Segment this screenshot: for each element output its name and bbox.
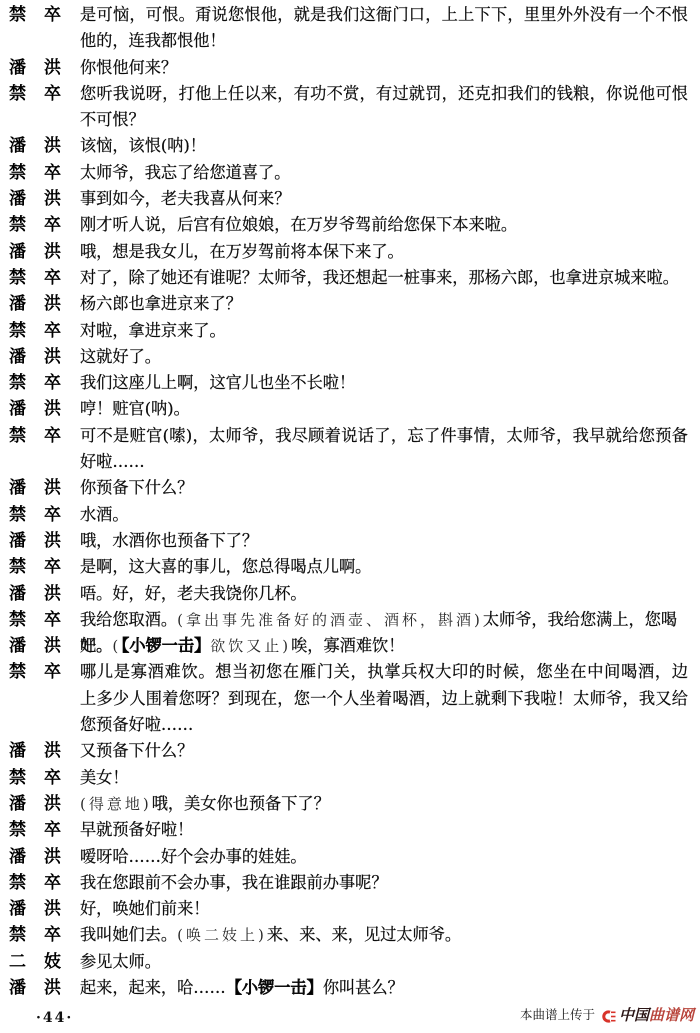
speech-line: 可不是赃官(嗦)，太师爷，我尽顾着说话了，忘了件事情，太师爷，我早就给您预备: [80, 423, 688, 449]
dialogue-entry: 潘洪哦，水酒你也预备下了？: [0, 528, 700, 554]
speaker-name: 潘洪: [0, 396, 80, 422]
speech-line: 是啊，这大喜的事儿，您总得喝点儿啊。: [80, 554, 688, 580]
dialogue-entry: 禁卒对了，除了她还有谁呢？太师爷，我还想起一桩事来，那杨六郎，也拿进京城来啦。: [0, 265, 700, 291]
spoken-text: 唔。好，好，老夫我饶你几杯。: [80, 584, 307, 603]
speaker-char: 洪: [44, 633, 61, 659]
dialogue-entry: 二妓参见太师。: [0, 949, 700, 975]
speech-line: 您听我说呀，打他上任以来，有功不赏，有过就罚，还克扣我们的钱粮，你说他可恨: [80, 81, 688, 107]
speaker-name: 禁卒: [0, 212, 80, 238]
speaker-name: 禁卒: [0, 817, 80, 843]
speaker-char: 妓: [44, 949, 61, 975]
spoken-text: 哼！赃官(呐)。: [80, 399, 190, 418]
speaker-char: 卒: [44, 423, 61, 449]
speech-line: 上多少人围着您呀？到现在，您一个人坐着喝酒，边上就剩下我啦！太师爷，我又给: [80, 686, 688, 712]
speaker-char: 卒: [44, 607, 61, 633]
speech-line: 对了，除了她还有谁呢？太师爷，我还想起一桩事来，那杨六郎，也拿进京城来啦。: [80, 265, 688, 291]
spoken-text: 是啊，这大喜的事儿，您总得喝点儿啊。: [80, 557, 371, 576]
speaker-char: 洪: [44, 291, 61, 317]
speaker-char: 洪: [44, 239, 61, 265]
speaker-char: 潘: [9, 55, 26, 81]
speech-text: 该恼，该恨(呐)！: [80, 133, 688, 159]
speech-text: 起来，起来，哈……【小锣一击】你叫甚么？: [80, 975, 688, 1001]
speech-text: 好。(【小锣一击】欲饮又止)唉，寡酒难饮！: [80, 633, 688, 659]
site-name-part1: 中国: [619, 1006, 649, 1024]
speaker-char: 洪: [44, 186, 61, 212]
speaker-char: 洪: [44, 791, 61, 817]
speech-line: 刚才听人说，后宫有位娘娘，在万岁爷驾前给您保下本来啦。: [80, 212, 688, 238]
dialogue-entry: 禁卒刚才听人说，后宫有位娘娘，在万岁爷驾前给您保下本来啦。: [0, 212, 700, 238]
spoken-text: 好，唤她们前来！: [80, 899, 210, 918]
speaker-name: 禁卒: [0, 659, 80, 685]
spoken-text: 又预备下什么？: [80, 741, 193, 760]
speaker-name: 禁卒: [0, 81, 80, 107]
speaker-name: 禁卒: [0, 502, 80, 528]
spoken-text: 唉，寡酒难饮！: [291, 636, 404, 655]
speech-line: 唔。好，好，老夫我饶你几杯。: [80, 581, 688, 607]
speech-line: 这就好了。: [80, 344, 688, 370]
speech-text: 哦，水酒你也预备下了？: [80, 528, 688, 554]
script-page: 禁卒是可恼，可恨。甭说您恨他，就是我们这衙门口，上上下下，里里外外没有一个不恨他…: [0, 0, 700, 1033]
spoken-text: 您预备好啦……: [80, 715, 193, 734]
spoken-text: 哦，想是我女儿，在万岁驾前将本保下来了。: [80, 242, 404, 261]
speaker-name: 潘洪: [0, 633, 80, 659]
spoken-text: 哪儿是寡酒难饮。想当初您在雁门关，执掌兵权大印的时候，您坐在中间喝酒，边: [80, 662, 688, 681]
speech-text: 又预备下什么？: [80, 738, 688, 764]
dialogue-entry: 潘洪杨六郎也拿进京来了？: [0, 291, 700, 317]
speech-line: 好，唤她们前来！: [80, 896, 688, 922]
speaker-char: 洪: [44, 844, 61, 870]
speaker-char: 卒: [44, 659, 61, 685]
stage-direction: (: [112, 637, 121, 655]
speech-text: 嗳呀哈……好个会办事的娃娃。: [80, 844, 688, 870]
spoken-text: 该恼，该恨(呐)！: [80, 136, 206, 155]
speech-text: 杨六郎也拿进京来了？: [80, 291, 688, 317]
spoken-text: 好啦……: [80, 452, 145, 471]
speaker-char: 潘: [9, 291, 26, 317]
speaker-char: 卒: [44, 265, 61, 291]
speaker-char: 洪: [44, 396, 61, 422]
spoken-text: 对了，除了她还有谁呢？太师爷，我还想起一桩事来，那杨六郎，也拿进京城来啦。: [80, 268, 679, 287]
speaker-char: 洪: [44, 975, 61, 1001]
spoken-text: 刚才听人说，后宫有位娘娘，在万岁爷驾前给您保下本来啦。: [80, 215, 517, 234]
speech-line: 我们这座儿上啊，这官儿也坐不长啦！: [80, 370, 688, 396]
speaker-name: 潘洪: [0, 186, 80, 212]
speaker-char: 潘: [9, 791, 26, 817]
dialogue-entry: 禁卒我在您跟前不会办事，我在谁跟前办事呢？: [0, 870, 700, 896]
stage-direction: (唤二妓上): [177, 926, 267, 944]
page-number: ·44·: [36, 1009, 73, 1027]
speaker-char: 潘: [9, 396, 26, 422]
spoken-text: 哦，水酒你也预备下了？: [80, 531, 258, 550]
dialogue-entry: 禁卒哪儿是寡酒难饮。想当初您在雁门关，执掌兵权大印的时候，您坐在中间喝酒，边上多…: [0, 659, 700, 738]
dialogue-entry: 禁卒我们这座儿上啊，这官儿也坐不长啦！: [0, 370, 700, 396]
speaker-char: 禁: [9, 922, 26, 948]
speaker-name: 潘洪: [0, 896, 80, 922]
speaker-name: 禁卒: [0, 370, 80, 396]
spoken-text: 起来，起来，哈……: [80, 978, 226, 997]
dialogue-entry: 禁卒太师爷，我忘了给您道喜了。: [0, 160, 700, 186]
speaker-char: 禁: [9, 81, 26, 107]
speaker-name: 潘洪: [0, 975, 80, 1001]
spoken-text: 我们这座儿上啊，这官儿也坐不长啦！: [80, 373, 355, 392]
site-logo-icon: [602, 1009, 616, 1022]
speech-text: 唔。好，好，老夫我饶你几杯。: [80, 581, 688, 607]
speech-text: (得意地)哦，美女你也预备下了？: [80, 791, 688, 817]
speech-text: 我叫她们去。(唤二妓上)来、来、来，见过太师爷。: [80, 922, 688, 948]
speaker-char: 卒: [44, 554, 61, 580]
percussion-cue: 【小锣一击】: [121, 636, 210, 655]
spoken-text: 哦，美女你也预备下了？: [152, 794, 330, 813]
speaker-char: 禁: [9, 659, 26, 685]
spoken-text: 事到如今，老夫我喜从何来？: [80, 189, 290, 208]
speaker-name: 潘洪: [0, 475, 80, 501]
speech-text: 这就好了。: [80, 344, 688, 370]
speaker-char: 禁: [9, 765, 26, 791]
speaker-name: 潘洪: [0, 291, 80, 317]
speech-line: 我叫她们去。(唤二妓上)来、来、来，见过太师爷。: [80, 922, 688, 948]
speaker-char: 洪: [44, 475, 61, 501]
speech-text: 水酒。: [80, 502, 688, 528]
dialogue-entry: 潘洪起来，起来，哈……【小锣一击】你叫甚么？: [0, 975, 700, 1001]
speech-text: 你恨他何来？: [80, 55, 688, 81]
dialogue-entry: 禁卒我叫她们去。(唤二妓上)来、来、来，见过太师爷。: [0, 922, 700, 948]
stage-direction: (得意地): [80, 795, 152, 813]
speaker-char: 潘: [9, 239, 26, 265]
spoken-text: 您听我说呀，打他上任以来，有功不赏，有过就罚，还克扣我们的钱粮，你说他可恨: [80, 84, 688, 103]
speech-text: 太师爷，我忘了给您道喜了。: [80, 160, 688, 186]
speech-line: 你预备下什么？: [80, 475, 688, 501]
spoken-text: 我在您跟前不会办事，我在谁跟前办事呢？: [80, 873, 388, 892]
dialogue-entry: 潘洪(得意地)哦，美女你也预备下了？: [0, 791, 700, 817]
dialogue-entry: 禁卒可不是赃官(嗦)，太师爷，我尽顾着说话了，忘了件事情，太师爷，我早就给您预备…: [0, 423, 700, 476]
speech-line: (得意地)哦，美女你也预备下了？: [80, 791, 688, 817]
speaker-name: 禁卒: [0, 765, 80, 791]
speaker-name: 潘洪: [0, 844, 80, 870]
spoken-text: 好。: [80, 636, 112, 655]
speaker-char: 潘: [9, 186, 26, 212]
spoken-text: 你叫甚么？: [323, 978, 404, 997]
dialogue-entry: 禁卒水酒。: [0, 502, 700, 528]
dialogue-entry: 潘洪又预备下什么？: [0, 738, 700, 764]
speaker-char: 卒: [44, 212, 61, 238]
speech-line: 你恨他何来？: [80, 55, 688, 81]
speaker-char: 潘: [9, 896, 26, 922]
dialogue-entry: 潘洪好，唤她们前来！: [0, 896, 700, 922]
speech-line: 事到如今，老夫我喜从何来？: [80, 186, 688, 212]
speech-text: 您听我说呀，打他上任以来，有功不赏，有过就罚，还克扣我们的钱粮，你说他可恨不可恨…: [80, 81, 688, 134]
speech-line: 该恼，该恨(呐)！: [80, 133, 688, 159]
speaker-name: 潘洪: [0, 133, 80, 159]
speech-text: 是可恼，可恨。甭说您恨他，就是我们这衙门口，上上下下，里里外外没有一个不恨他的，…: [80, 2, 688, 55]
speech-text: 我们这座儿上啊，这官儿也坐不长啦！: [80, 370, 688, 396]
dialogue-entry: 潘洪唔。好，好，老夫我饶你几杯。: [0, 581, 700, 607]
speaker-char: 禁: [9, 423, 26, 449]
speaker-char: 禁: [9, 817, 26, 843]
speaker-char: 禁: [9, 607, 26, 633]
speaker-name: 禁卒: [0, 265, 80, 291]
speech-text: 你预备下什么？: [80, 475, 688, 501]
dialogue-entry: 潘洪你预备下什么？: [0, 475, 700, 501]
speech-text: 参见太师。: [80, 949, 688, 975]
speaker-char: 洪: [44, 896, 61, 922]
speech-line: 哦，水酒你也预备下了？: [80, 528, 688, 554]
speaker-char: 潘: [9, 475, 26, 501]
speaker-char: 卒: [44, 81, 61, 107]
speaker-char: 禁: [9, 212, 26, 238]
speech-line: 对啦，拿进京来了。: [80, 318, 688, 344]
percussion-cue: 【小锣一击】: [226, 978, 323, 997]
dialogue-entry: 禁卒对啦，拿进京来了。: [0, 318, 700, 344]
speaker-char: 禁: [9, 870, 26, 896]
speech-text: 刚才听人说，后宫有位娘娘，在万岁爷驾前给您保下本来啦。: [80, 212, 688, 238]
spoken-text: 是可恼，可恨。甭说您恨他，就是我们这衙门口，上上下下，里里外外没有一个不恨: [80, 5, 688, 24]
stage-direction: (拿出事先准备好的酒壶、酒杯，斟酒): [177, 611, 483, 629]
speaker-char: 卒: [44, 318, 61, 344]
site-watermark: 本曲谱上传于 中国 曲谱网: [520, 1006, 694, 1024]
speaker-char: 洪: [44, 55, 61, 81]
dialogue-entry: 潘洪嗳呀哈……好个会办事的娃娃。: [0, 844, 700, 870]
speaker-char: 卒: [44, 870, 61, 896]
spoken-text: 对啦，拿进京来了。: [80, 321, 226, 340]
speaker-name: 二妓: [0, 949, 80, 975]
speech-line: 是可恼，可恨。甭说您恨他，就是我们这衙门口，上上下下，里里外外没有一个不恨: [80, 2, 688, 28]
speech-line: 好啦……: [80, 449, 688, 475]
dialogue-entry: 潘洪好。(【小锣一击】欲饮又止)唉，寡酒难饮！: [0, 633, 700, 659]
speaker-char: 洪: [44, 344, 61, 370]
speaker-name: 潘洪: [0, 581, 80, 607]
spoken-text: 参见太师。: [80, 952, 161, 971]
speaker-name: 禁卒: [0, 2, 80, 28]
speaker-name: 禁卒: [0, 423, 80, 449]
speech-line: 水酒。: [80, 502, 688, 528]
speaker-char: 禁: [9, 502, 26, 528]
spoken-text: 这就好了。: [80, 347, 161, 366]
speaker-name: 禁卒: [0, 160, 80, 186]
speaker-char: 二: [9, 949, 26, 975]
speaker-char: 潘: [9, 975, 26, 1001]
dialogue-entry: 禁卒是可恼，可恨。甭说您恨他，就是我们这衙门口，上上下下，里里外外没有一个不恨他…: [0, 2, 700, 55]
dialogue-entry: 禁卒是啊，这大喜的事儿，您总得喝点儿啊。: [0, 554, 700, 580]
speech-text: 对了，除了她还有谁呢？太师爷，我还想起一桩事来，那杨六郎，也拿进京城来啦。: [80, 265, 688, 291]
speech-line: 您预备好啦……: [80, 712, 688, 738]
speech-text: 对啦，拿进京来了。: [80, 318, 688, 344]
speech-line: 又预备下什么？: [80, 738, 688, 764]
speaker-name: 潘洪: [0, 791, 80, 817]
speaker-name: 潘洪: [0, 239, 80, 265]
speaker-char: 禁: [9, 265, 26, 291]
speech-line: 哼！赃官(呐)。: [80, 396, 688, 422]
speech-text: 我给您取酒。(拿出事先准备好的酒壶、酒杯，斟酒)太师爷，我给您满上，您喝吧。: [80, 607, 688, 633]
spoken-text: 不可恨？: [80, 110, 145, 129]
speech-line: 参见太师。: [80, 949, 688, 975]
speaker-char: 卒: [44, 765, 61, 791]
speaker-name: 潘洪: [0, 55, 80, 81]
speaker-name: 潘洪: [0, 528, 80, 554]
speech-text: 我在您跟前不会办事，我在谁跟前办事呢？: [80, 870, 688, 896]
spoken-text: 可不是赃官(嗦)，太师爷，我尽顾着说话了，忘了件事情，太师爷，我早就给您预备: [80, 426, 688, 445]
watermark-prefix: 本曲谱上传于: [520, 1006, 595, 1024]
speaker-char: 卒: [44, 502, 61, 528]
speech-line: 太师爷，我忘了给您道喜了。: [80, 160, 688, 186]
speaker-char: 洪: [44, 133, 61, 159]
dialogue-entry: 潘洪你恨他何来？: [0, 55, 700, 81]
dialogue-entry: 潘洪哼！赃官(呐)。: [0, 396, 700, 422]
speaker-char: 禁: [9, 318, 26, 344]
speaker-name: 禁卒: [0, 554, 80, 580]
speaker-char: 卒: [44, 817, 61, 843]
spoken-text: 我叫她们去。: [80, 925, 177, 944]
speaker-char: 禁: [9, 554, 26, 580]
speaker-char: 禁: [9, 370, 26, 396]
speaker-char: 卒: [44, 160, 61, 186]
speaker-char: 潘: [9, 844, 26, 870]
speaker-name: 禁卒: [0, 922, 80, 948]
spoken-text: 他的，连我都恨他！: [80, 31, 226, 50]
spoken-text: 我给您取酒。: [80, 610, 177, 629]
speaker-char: 潘: [9, 528, 26, 554]
speech-line: 我给您取酒。(拿出事先准备好的酒壶、酒杯，斟酒)太师爷，我给您满上，您喝吧。: [80, 607, 688, 633]
spoken-text: 美女！: [80, 768, 129, 787]
speech-text: 可不是赃官(嗦)，太师爷，我尽顾着说话了，忘了件事情，太师爷，我早就给您预备好啦…: [80, 423, 688, 476]
speech-line: 他的，连我都恨他！: [80, 28, 688, 54]
speaker-char: 潘: [9, 581, 26, 607]
spoken-text: 水酒。: [80, 505, 129, 524]
spoken-text: 你预备下什么？: [80, 478, 193, 497]
speaker-char: 潘: [9, 133, 26, 159]
speaker-name: 潘洪: [0, 738, 80, 764]
speaker-char: 潘: [9, 344, 26, 370]
speech-text: 美女！: [80, 765, 688, 791]
spoken-text: 太师爷，我忘了给您道喜了。: [80, 163, 290, 182]
dialogue-entry: 禁卒您听我说呀，打他上任以来，有功不赏，有过就罚，还克扣我们的钱粮，你说他可恨不…: [0, 81, 700, 134]
spoken-text: 上多少人围着您呀？到现在，您一个人坐着喝酒，边上就剩下我啦！太师爷，我又给: [80, 689, 688, 708]
dialogue-entry: 禁卒早就预备好啦！: [0, 817, 700, 843]
speaker-char: 卒: [44, 922, 61, 948]
speaker-char: 洪: [44, 528, 61, 554]
speech-text: 哪儿是寡酒难饮。想当初您在雁门关，执掌兵权大印的时候，您坐在中间喝酒，边上多少人…: [80, 659, 688, 738]
speaker-name: 潘洪: [0, 344, 80, 370]
speaker-name: 禁卒: [0, 870, 80, 896]
speech-line: 起来，起来，哈……【小锣一击】你叫甚么？: [80, 975, 688, 1001]
speaker-name: 禁卒: [0, 318, 80, 344]
speech-text: 早就预备好啦！: [80, 817, 688, 843]
dialogue-entry: 潘洪这就好了。: [0, 344, 700, 370]
speech-line: 美女！: [80, 765, 688, 791]
dialogue-list: 禁卒是可恼，可恨。甭说您恨他，就是我们这衙门口，上上下下，里里外外没有一个不恨他…: [0, 2, 700, 1001]
speech-text: 是啊，这大喜的事儿，您总得喝点儿啊。: [80, 554, 688, 580]
speaker-char: 洪: [44, 581, 61, 607]
speaker-char: 卒: [44, 370, 61, 396]
dialogue-entry: 潘洪哦，想是我女儿，在万岁驾前将本保下来了。: [0, 239, 700, 265]
dialogue-entry: 潘洪事到如今，老夫我喜从何来？: [0, 186, 700, 212]
spoken-text: 你恨他何来？: [80, 58, 177, 77]
speech-text: 哦，想是我女儿，在万岁驾前将本保下来了。: [80, 239, 688, 265]
speech-text: 事到如今，老夫我喜从何来？: [80, 186, 688, 212]
speaker-char: 卒: [44, 2, 61, 28]
spoken-text: 杨六郎也拿进京来了？: [80, 294, 242, 313]
dialogue-entry: 禁卒美女！: [0, 765, 700, 791]
speech-text: 哼！赃官(呐)。: [80, 396, 688, 422]
speech-line: 哦，想是我女儿，在万岁驾前将本保下来了。: [80, 239, 688, 265]
speaker-name: 禁卒: [0, 607, 80, 633]
speech-line: 杨六郎也拿进京来了？: [80, 291, 688, 317]
speech-line: 嗳呀哈……好个会办事的娃娃。: [80, 844, 688, 870]
speech-line: 哪儿是寡酒难饮。想当初您在雁门关，执掌兵权大印的时候，您坐在中间喝酒，边: [80, 659, 688, 685]
speaker-char: 潘: [9, 738, 26, 764]
speaker-char: 洪: [44, 738, 61, 764]
speaker-char: 禁: [9, 160, 26, 186]
spoken-text: 嗳呀哈……好个会办事的娃娃。: [80, 847, 307, 866]
stage-direction: 欲饮又止): [210, 637, 291, 655]
dialogue-entry: 禁卒我给您取酒。(拿出事先准备好的酒壶、酒杯，斟酒)太师爷，我给您满上，您喝吧。: [0, 607, 700, 633]
speech-line: 好。(【小锣一击】欲饮又止)唉，寡酒难饮！: [80, 633, 688, 659]
speech-text: 好，唤她们前来！: [80, 896, 688, 922]
speech-line: 早就预备好啦！: [80, 817, 688, 843]
spoken-text: 早就预备好啦！: [80, 820, 193, 839]
dialogue-entry: 潘洪该恼，该恨(呐)！: [0, 133, 700, 159]
speaker-char: 潘: [9, 633, 26, 659]
speech-line: 我在您跟前不会办事，我在谁跟前办事呢？: [80, 870, 688, 896]
speech-line: 不可恨？: [80, 107, 688, 133]
spoken-text: 来、来、来，见过太师爷。: [267, 925, 461, 944]
speaker-char: 禁: [9, 2, 26, 28]
site-name-part2: 曲谱网: [649, 1006, 694, 1024]
